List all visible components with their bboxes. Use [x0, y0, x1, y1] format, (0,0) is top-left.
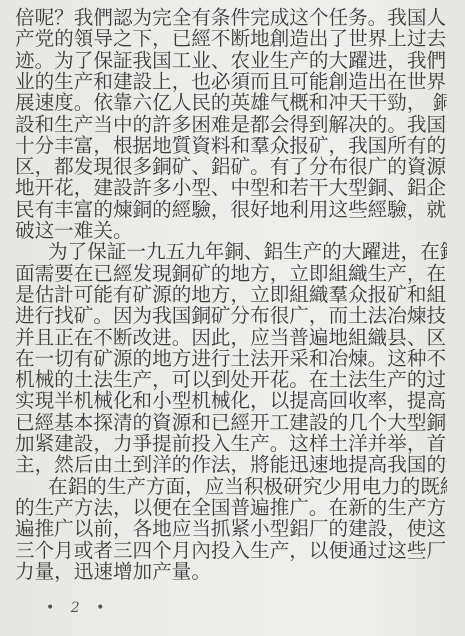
- text-line: 倍呢？我們認为完全有条件完成这个任务。我国人民在中国共: [15, 7, 447, 28]
- text-line: 产党的領导之下，已經不断地創造出了世界上过去 沒 有 的 奇: [15, 28, 447, 49]
- text-line: 的生产方法，以便在全国普遍推广。在新的生产方法尚不能普: [15, 497, 447, 518]
- text-line: 設和生产当中的許多困难是都会得到解决的。我国銅、鋁資源: [15, 114, 447, 135]
- text-line: 三个月或者三四个月內投入生产，以便通过这些厂子培养技术: [15, 540, 447, 561]
- text-line: 是估計可能有矿源的地方，立即組織羣众报矿和組織勘探力量: [15, 284, 447, 305]
- text-line: 主，然后由土到洋的作法，將能迅速地提高我国的銅产量。: [15, 454, 447, 475]
- book-page: 倍呢？我們認为完全有条件完成这个任务。我国人民在中国共产党的領导之下，已經不断地…: [0, 0, 465, 636]
- text-line: 破这一难关。: [15, 220, 447, 241]
- text-line: 力量，迅速增加产量。: [15, 561, 447, 582]
- text-line: 实現半机械化和小型机械化，以提高回收率，提高产量。对于: [15, 390, 447, 411]
- text-line: 遍推广以前，各地应当抓紧小型鋁厂的建設，使这些鋁厂在兩: [15, 518, 447, 539]
- text-line: 为了保証一九五九年銅、鋁生产的大躍进，在銅的生产方: [48, 241, 447, 262]
- text-line: 面需要在已經发現銅矿的地方，立即組織生产，在尚未发現但: [15, 263, 447, 284]
- text-line: 并且正在不断改进。因此，应当普遍地組織县、区、乡、社，: [15, 327, 447, 348]
- text-line: 已經基本探清的資源和已經开工建設的几个大型銅矿基地应当: [15, 412, 447, 433]
- text-line: 民有丰富的煉銅的經驗，很好地利用这些經驗，就会使我們突: [15, 199, 447, 220]
- page-number: • 2 •: [46, 600, 110, 616]
- text-line: 地开花，建設許多小型、中型和若干大型銅、鋁企业。我国人: [15, 177, 447, 198]
- text-line: 在一切有矿源的地方进行土法开采和冶煉。这种不用或者少用: [15, 348, 447, 369]
- text-line: 展速度。依靠六亿人民的英雄气概和冲天干勁， 銅、鋁 的 建: [15, 92, 447, 113]
- text-line: 进行找矿。因为我国銅矿分布很广，而土法冶煉技术已經解决: [15, 305, 447, 326]
- text-line: 区，都发現很多銅矿、鋁矿。有了分布很广的資源，就可以遍: [15, 156, 447, 177]
- text-line: 机械的土法生产，可以到处开花。在土法生产的过程中，逐步: [15, 369, 447, 390]
- text-line: 十分丰富，根据地質資料和羣众报矿，我国所有的 省 和 自 治: [15, 135, 447, 156]
- text-line: 在鋁的生产方面，应当积极研究少用电力的既經济又簡易: [48, 476, 447, 497]
- text-line: 迹。为了保証我国工业、农业生产的大躍进，我們在銅、鋁工: [15, 50, 447, 71]
- text-line: 加紧建設，力爭提前投入生产。这样土洋并举，首 先 以 土 为: [15, 433, 447, 454]
- text-line: 业的生产和建設上，也必須而且可能創造出在世界上空前的发: [15, 71, 447, 92]
